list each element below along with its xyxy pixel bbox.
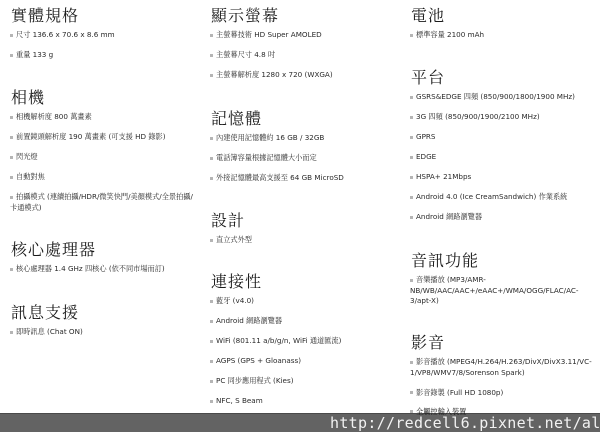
bullet-icon	[410, 34, 413, 37]
section-title: 平台	[411, 68, 598, 88]
bullet-icon	[210, 360, 213, 363]
spec-item: 即時訊息 (Chat ON)	[10, 327, 198, 338]
spec-item: 拍攝模式 (連續拍攝/HDR/微笑快門/美顏模式/全景拍攝/卡通模式)	[10, 192, 198, 213]
watermark-bar: http://redcell6.pixnet.net/album	[0, 413, 600, 432]
spec-item: 尺寸 136.6 x 70.6 x 8.6 mm	[10, 30, 198, 41]
spec-item: 核心處理器 1.4 GHz 四核心 (依不同市場而訂)	[10, 264, 198, 275]
bullet-icon	[10, 34, 13, 37]
spec-item: 影音播放 (MPEG4/H.264/H.263/DivX/DivX3.11/VC…	[410, 357, 598, 378]
section-title: 實體規格	[11, 6, 198, 26]
spec-item: 影音錄製 (Full HD 1080p)	[410, 388, 598, 399]
bullet-icon	[410, 196, 413, 199]
spec-item: 內建使用記憶體約 16 GB / 32GB	[210, 133, 400, 144]
bullet-icon	[210, 34, 213, 37]
bullet-icon	[410, 279, 413, 282]
spec-item: 3G 四頻 (850/900/1900/2100 MHz)	[410, 112, 598, 123]
spec-item: 主螢幕尺寸 4.8 吋	[210, 50, 400, 61]
bullet-icon	[410, 216, 413, 219]
spec-sheet: 實體規格 尺寸 136.6 x 70.6 x 8.6 mm 重量 133 g 相…	[0, 0, 600, 432]
section-title: 相機	[11, 88, 198, 108]
section-video: 影音 影音播放 (MPEG4/H.264/H.263/DivX/DivX3.11…	[410, 333, 598, 408]
spec-item: 音樂播放 (MP3/AMR-NB/WB/AAC/AAC+/eAAC+/WMA/O…	[410, 275, 598, 307]
spec-item: 重量 133 g	[10, 50, 198, 61]
spec-item: AGPS (GPS + Gloanass)	[210, 356, 400, 367]
bullet-icon	[210, 239, 213, 242]
section-messaging: 訊息支援 即時訊息 (Chat ON)	[10, 303, 198, 347]
bullet-icon	[10, 331, 13, 334]
spec-item: 閃光燈	[10, 152, 198, 163]
section-title: 核心處理器	[11, 240, 198, 260]
spec-item-partial: 全觸控輸入裝置	[410, 407, 466, 416]
bullet-icon	[410, 156, 413, 159]
spec-item: Android 網路瀏覽器	[210, 316, 400, 327]
spec-item: NFC, S Beam	[210, 396, 400, 407]
section-connectivity: 連接性 藍牙 (v4.0) Android 網路瀏覽器 WiFi (801.11…	[210, 272, 400, 416]
spec-item: GPRS	[410, 132, 598, 143]
spec-item: Android 4.0 (Ice CreamSandwich) 作業系統	[410, 192, 598, 203]
spec-item: 自動對焦	[10, 172, 198, 183]
section-design: 設計 直立式外型	[210, 211, 400, 255]
bullet-icon	[210, 380, 213, 383]
bullet-icon	[10, 136, 13, 139]
section-audio: 音訊功能 音樂播放 (MP3/AMR-NB/WB/AAC/AAC+/eAAC+/…	[410, 251, 598, 316]
section-title: 音訊功能	[411, 251, 598, 271]
section-memory: 記憶體 內建使用記憶體約 16 GB / 32GB 電話簿容量根據記憶體大小而定…	[210, 109, 400, 193]
watermark-url: http://redcell6.pixnet.net/album	[330, 414, 600, 432]
bullet-icon	[210, 400, 213, 403]
bullet-icon	[210, 177, 213, 180]
bullet-icon	[210, 74, 213, 77]
section-title: 記憶體	[211, 109, 400, 129]
bullet-icon	[10, 54, 13, 57]
spec-item: 藍牙 (v4.0)	[210, 296, 400, 307]
bullet-icon	[210, 300, 213, 303]
spec-item: 直立式外型	[210, 235, 400, 246]
spec-item: 電話簿容量根據記憶體大小而定	[210, 153, 400, 164]
spec-item: GSRS&EDGE 四頻 (850/900/1800/1900 MHz)	[410, 92, 598, 103]
spec-item: 標準容量 2100 mAh	[410, 30, 598, 41]
spec-item: PC 同步應用程式 (Kies)	[210, 376, 400, 387]
bullet-icon	[410, 176, 413, 179]
section-battery: 電池 標準容量 2100 mAh	[410, 6, 598, 50]
bullet-icon	[210, 137, 213, 140]
bullet-icon	[210, 320, 213, 323]
bullet-icon	[410, 116, 413, 119]
bullet-icon	[410, 96, 413, 99]
section-title: 顯示螢幕	[211, 6, 400, 26]
bullet-icon	[10, 176, 13, 179]
section-title: 訊息支援	[11, 303, 198, 323]
bullet-icon	[410, 361, 413, 364]
bullet-icon	[10, 156, 13, 159]
section-physical-specs: 實體規格 尺寸 136.6 x 70.6 x 8.6 mm 重量 133 g	[10, 6, 198, 70]
spec-item: 主螢幕解析度 1280 x 720 (WXGA)	[210, 70, 400, 81]
section-processor: 核心處理器 核心處理器 1.4 GHz 四核心 (依不同市場而訂)	[10, 240, 198, 284]
section-title: 電池	[411, 6, 598, 26]
spec-item: HSPA+ 21Mbps	[410, 172, 598, 183]
spec-item: 相機解析度 800 萬畫素	[10, 112, 198, 123]
bullet-icon	[210, 54, 213, 57]
section-camera: 相機 相機解析度 800 萬畫素 前置鏡頭解析度 190 萬畫素 (可支援 HD…	[10, 88, 198, 223]
spec-item: 主螢幕技術 HD Super AMOLED	[210, 30, 400, 41]
section-title: 設計	[211, 211, 400, 231]
bullet-icon	[10, 268, 13, 271]
spec-item: WiFi (801.11 a/b/g/n, WiFi 通道匯流)	[210, 336, 400, 347]
section-title: 連接性	[211, 272, 400, 292]
spec-item: EDGE	[410, 152, 598, 163]
bullet-icon	[410, 136, 413, 139]
section-display: 顯示螢幕 主螢幕技術 HD Super AMOLED 主螢幕尺寸 4.8 吋 主…	[210, 6, 400, 90]
bullet-icon	[210, 157, 213, 160]
bullet-icon	[410, 410, 413, 413]
spec-item: 前置鏡頭解析度 190 萬畫素 (可支援 HD 錄影)	[10, 132, 198, 143]
section-platform: 平台 GSRS&EDGE 四頻 (850/900/1800/1900 MHz) …	[410, 68, 598, 232]
bullet-icon	[10, 196, 13, 199]
bullet-icon	[410, 391, 413, 394]
section-title: 影音	[411, 333, 598, 353]
bullet-icon	[210, 340, 213, 343]
spec-item: Android 網路瀏覽器	[410, 212, 598, 223]
spec-item: 外接記憶體最高支援至 64 GB MicroSD	[210, 173, 400, 184]
bullet-icon	[10, 116, 13, 119]
